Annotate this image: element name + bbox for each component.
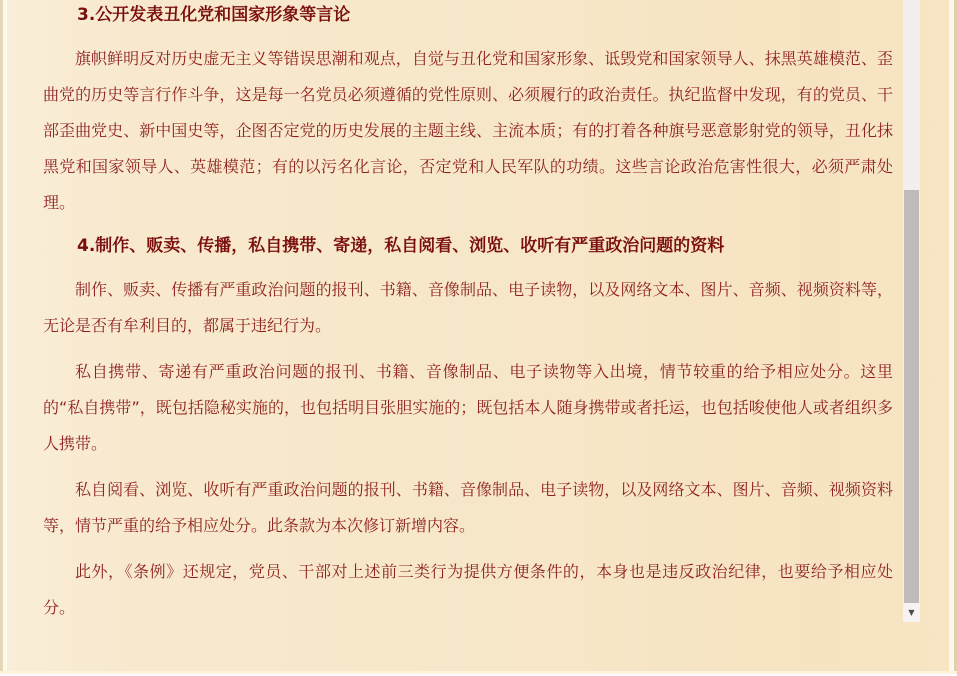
section-4-paragraph-2: 私自携带、寄递有严重政治问题的报刊、书籍、音像制品、电子读物等入出境，情节较重的… [43,354,893,462]
page-bottom-border [0,671,957,674]
article-page: 3.公开发表丑化党和国家形象等言论 旗帜鲜明反对历史虚无主义等错误思潮和观点，自… [0,0,957,671]
scroll-down-button[interactable]: ▼ [903,603,920,622]
chevron-down-icon: ▼ [908,609,914,617]
section-3-paragraph-1: 旗帜鲜明反对历史虚无主义等错误思潮和观点，自觉与丑化党和国家形象、诋毁党和国家领… [43,41,893,221]
article-body: 3.公开发表丑化党和国家形象等言论 旗帜鲜明反对历史虚无主义等错误思潮和观点，自… [7,0,903,622]
section-4-paragraph-3: 私自阅看、浏览、收听有严重政治问题的报刊、书籍、音像制品、电子读物，以及网络文本… [43,472,893,544]
section-3-heading: 3.公开发表丑化党和国家形象等言论 [43,0,893,30]
vertical-scrollbar[interactable]: ▼ [903,0,920,622]
section-4-paragraph-1: 制作、贩卖、传播有严重政治问题的报刊、书籍、音像制品、电子读物，以及网络文本、图… [43,272,893,344]
section-4-paragraph-4: 此外，《条例》还规定，党员、干部对上述前三类行为提供方便条件的，本身也是违反政治… [43,554,893,622]
scrollbar-thumb[interactable] [904,190,919,603]
article-scroll-area[interactable]: 3.公开发表丑化党和国家形象等言论 旗帜鲜明反对历史虚无主义等错误思潮和观点，自… [7,0,903,622]
page-left-highlight [3,0,7,671]
section-4-heading: 4.制作、贩卖、传播，私自携带、寄递，私自阅看、浏览、收听有严重政治问题的资料 [43,231,893,261]
